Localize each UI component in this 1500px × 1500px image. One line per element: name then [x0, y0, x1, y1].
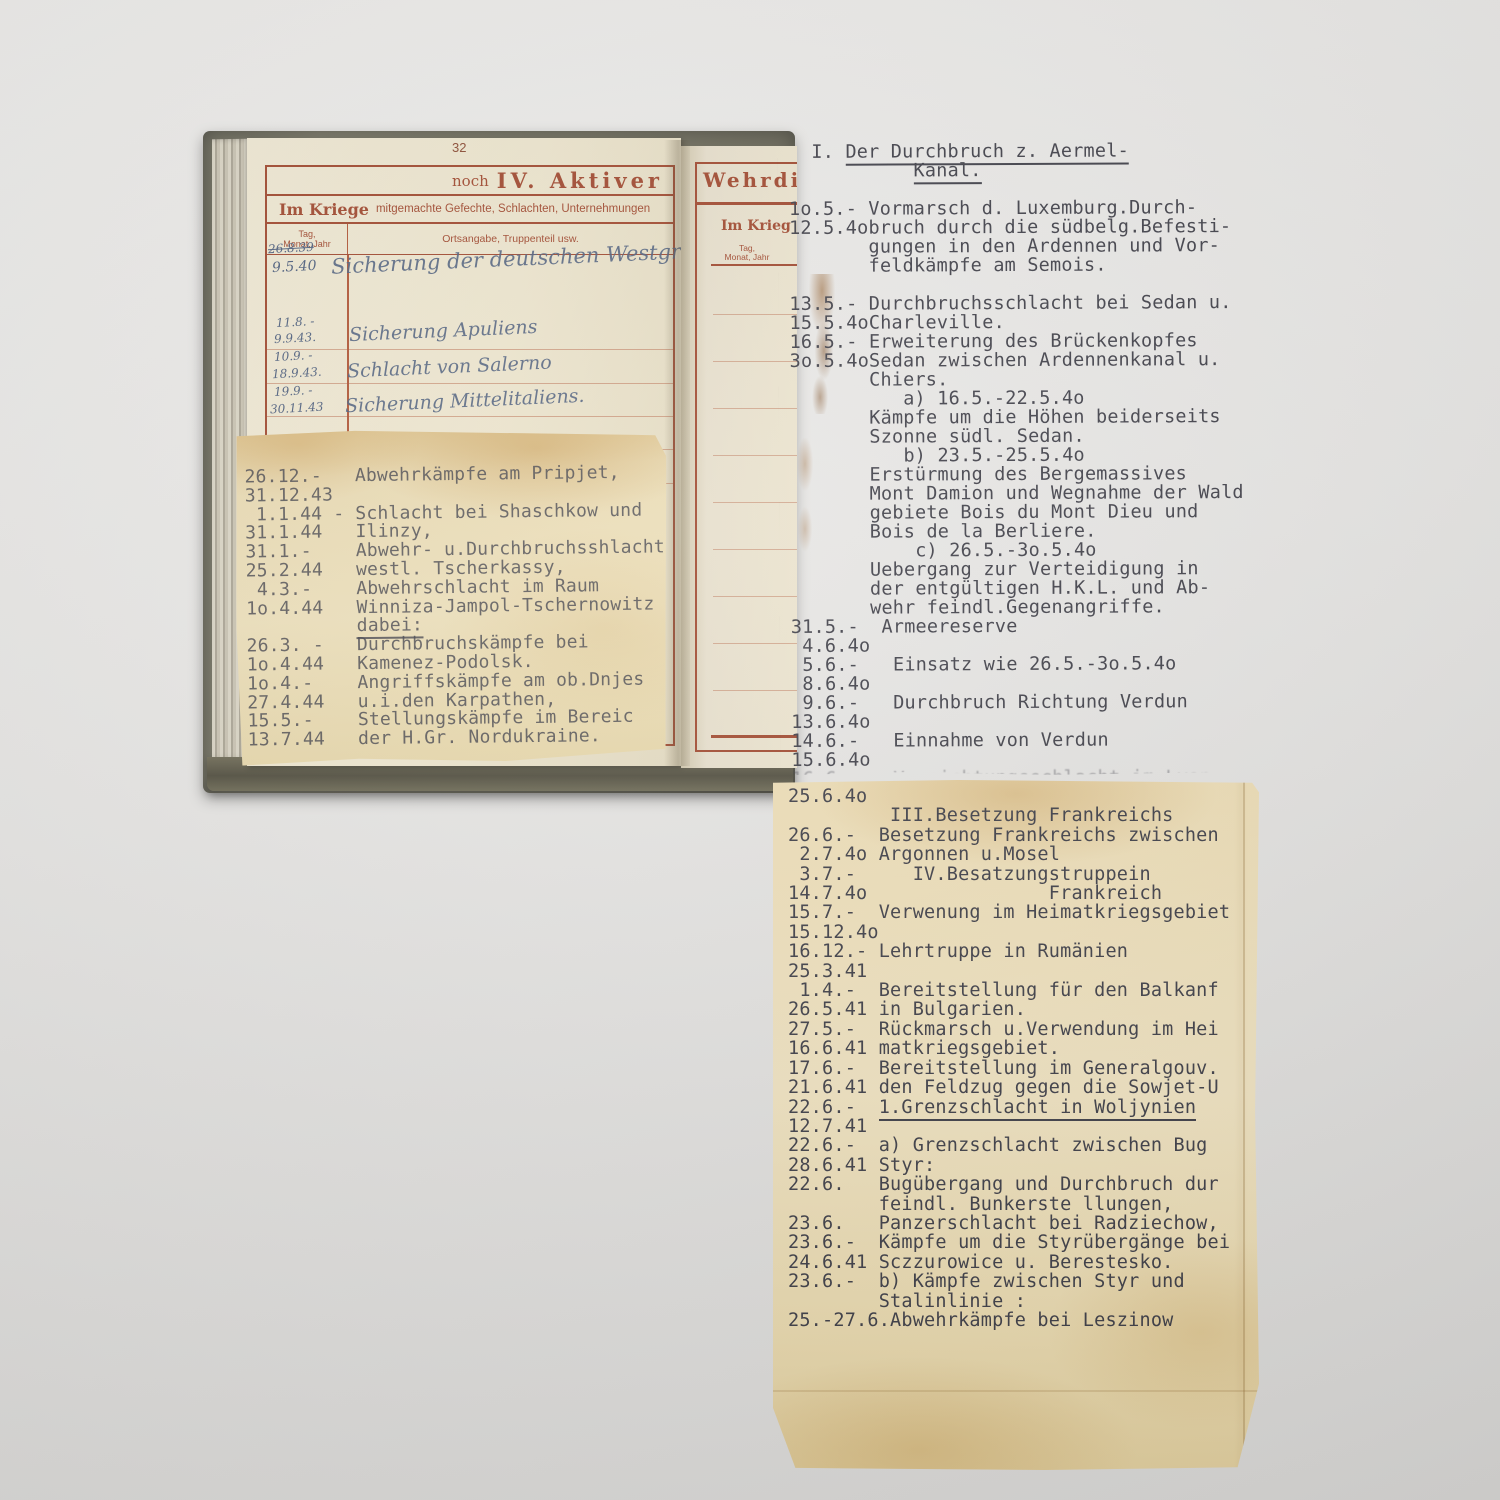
- typed-line: 25.-27.6.Abwehrkämpfe bei Leszinow: [788, 1311, 1230, 1330]
- handwritten-date: 19.9. -: [274, 383, 313, 399]
- typed-line: 27.5.- Rückmarsch u.Verwendung im Hei: [788, 1020, 1230, 1039]
- typed-line: Kämpfe um die Höhen beiderseits: [790, 407, 1244, 428]
- row-rule: [267, 383, 673, 384]
- handwritten-date: 10.9. -: [274, 348, 313, 364]
- typed-line: 16.6.41 matkriegsgebiet.: [788, 1039, 1230, 1058]
- typed-slip-1944-entries: 26.12.- Abwehrkämpfe am Pripjet,31.12.43…: [234, 426, 670, 765]
- typed-line: 15.7.- Verwenung im Heimatkriegsgebiet: [788, 903, 1230, 922]
- typed-line: 13.7.44 der H.Gr. Nordukraine.: [248, 727, 668, 751]
- typed-line: 15.12.4o: [788, 923, 1230, 942]
- subheader-text: mitgemachte Gefechte, Schlachten, Untern…: [376, 203, 650, 215]
- typed-sheet-besetzung-frankreichs: 25.6.4o III.Besetzung Frankreichs26.6.- …: [773, 780, 1259, 1470]
- typed-line: 3o.5.4oSedan zwischen Ardennenkanal u.: [790, 350, 1244, 371]
- sheet-top-text-block: I. Der Durchbruch z. Aermel- Kanal. 1o.5…: [789, 141, 1245, 778]
- handwritten-date: 30.11.43: [270, 400, 324, 417]
- typed-line: gebiete Bois du Mont Dieu und: [790, 502, 1244, 523]
- typed-line: 22.6.- 1.Grenzschlacht in Woljynien: [788, 1098, 1230, 1117]
- typed-line: 2.7.4o Argonnen u.Mosel: [788, 845, 1230, 864]
- date-column-header: Tag, Monat, Jahr: [719, 244, 775, 262]
- typed-line: 9.6.- Durchbruch Richtung Verdun: [791, 692, 1245, 713]
- typed-line: 26.6.- Besetzung Frankreichs zwischen: [788, 826, 1230, 845]
- typed-line: Szonne südl. Sedan.: [790, 426, 1244, 447]
- book-gutter-shadow: [664, 140, 690, 766]
- typed-line: I. Der Durchbruch z. Aermel-: [789, 141, 1243, 162]
- typed-line: 13.6.4o: [791, 711, 1245, 732]
- handwritten-date: 9.5.40: [272, 258, 317, 276]
- typed-line: 14.7.4o Frankreich: [788, 884, 1230, 903]
- typed-line: III.Besetzung Frankreichs: [788, 806, 1230, 825]
- typed-line: 17.6.- Bereitstellung im Generalgouv.: [788, 1059, 1230, 1078]
- table-header-row: noch IV. Aktiver: [267, 167, 673, 196]
- typed-line: 31.5.- Armeereserve: [791, 616, 1245, 637]
- typed-line: 28.6.41 Styr:: [788, 1156, 1230, 1175]
- typed-line: 21.6.41 den Feldzug gegen die Sowjet-U: [788, 1078, 1230, 1097]
- typed-line: 14.6.- Einnahme von Verdun: [791, 730, 1245, 751]
- typed-line: 26.5.41 in Bulgarien.: [788, 1000, 1230, 1019]
- typed-line: 16.12.- Lehrtruppe in Rumänien: [788, 942, 1230, 961]
- typed-line: feindl. Bunkerste llungen,: [788, 1195, 1230, 1214]
- typed-line: feldkämpfe am Semois.: [789, 255, 1243, 276]
- typed-line: 1.4.- Bereitstellung für den Balkanf: [788, 981, 1230, 1000]
- handwritten-date: 26.8.39: [268, 240, 314, 256]
- typed-line: 22.6.- a) Grenzschlacht zwischen Bug: [788, 1136, 1230, 1155]
- typed-line: 23.6.- b) Kämpfe zwischen Styr und: [788, 1272, 1230, 1291]
- paper-fold-line: [1243, 780, 1245, 1470]
- typed-line: 23.6. Panzerschlacht bei Radziechow,: [788, 1214, 1230, 1233]
- typed-line: 5.6.- Einsatz wie 26.5.-3o.5.4o: [791, 654, 1245, 675]
- photo-backdrop: 32 noch IV. Aktiver Im Kriege mitgemacht…: [0, 0, 1500, 1500]
- typed-line: 22.6. Bugübergang und Durchbruch dur: [788, 1175, 1230, 1194]
- handwritten-date: 9.9.43.: [274, 330, 317, 346]
- handwritten-date: 18.9.43.: [272, 365, 322, 382]
- table-subheader-row: Im Kriege mitgemachte Gefechte, Schlacht…: [267, 196, 673, 224]
- typed-line: 3.7.- IV.Besatzungstruppein: [788, 865, 1230, 884]
- typed-line: 23.6.- Kämpfe um die Styrübergänge bei: [788, 1233, 1230, 1252]
- typed-line: 13.5.- Durchbruchsschlacht bei Sedan u.: [789, 293, 1243, 314]
- sheet-bottom-text-block: 25.6.4o III.Besetzung Frankreichs26.6.- …: [788, 787, 1230, 1330]
- typed-line: 24.6.41 Sczzurowice u. Berestesko.: [788, 1253, 1230, 1272]
- handwritten-date: 11.8. -: [276, 314, 315, 330]
- typed-line: Chiers.: [790, 369, 1244, 390]
- typed-line: 25.3.41: [788, 962, 1230, 981]
- page-number: 32: [452, 140, 466, 155]
- typed-line: 25.6.4o: [788, 787, 1230, 806]
- typed-line: Bois de la Berliere.: [790, 521, 1244, 542]
- header-noch-label: noch: [452, 172, 489, 190]
- typed-line: wehr feindl.Gegenangriffe.: [791, 597, 1245, 618]
- row-rule: [267, 349, 673, 350]
- typed-line: 16.6.- Vernichtungsschlacht im Lyon: [791, 768, 1245, 778]
- typed-line: der entgültigen H.K.L. und Ab-: [791, 578, 1245, 599]
- header-section-title: IV. Aktiver: [497, 168, 663, 193]
- paper-crease: [773, 1390, 1259, 1392]
- im-kriege-label: Im Kriege: [279, 200, 369, 219]
- typed-sheet-durchbruch-aermelkanal: I. Der Durchbruch z. Aermel- Kanal. 1o.5…: [778, 107, 1249, 778]
- slip-text-block: 26.12.- Abwehrkämpfe am Pripjet,31.12.43…: [244, 463, 667, 750]
- typed-line: gungen in den Ardennen und Vor-: [789, 236, 1243, 257]
- row-rule: [267, 416, 673, 417]
- typed-line: Stalinlinie :: [788, 1292, 1230, 1311]
